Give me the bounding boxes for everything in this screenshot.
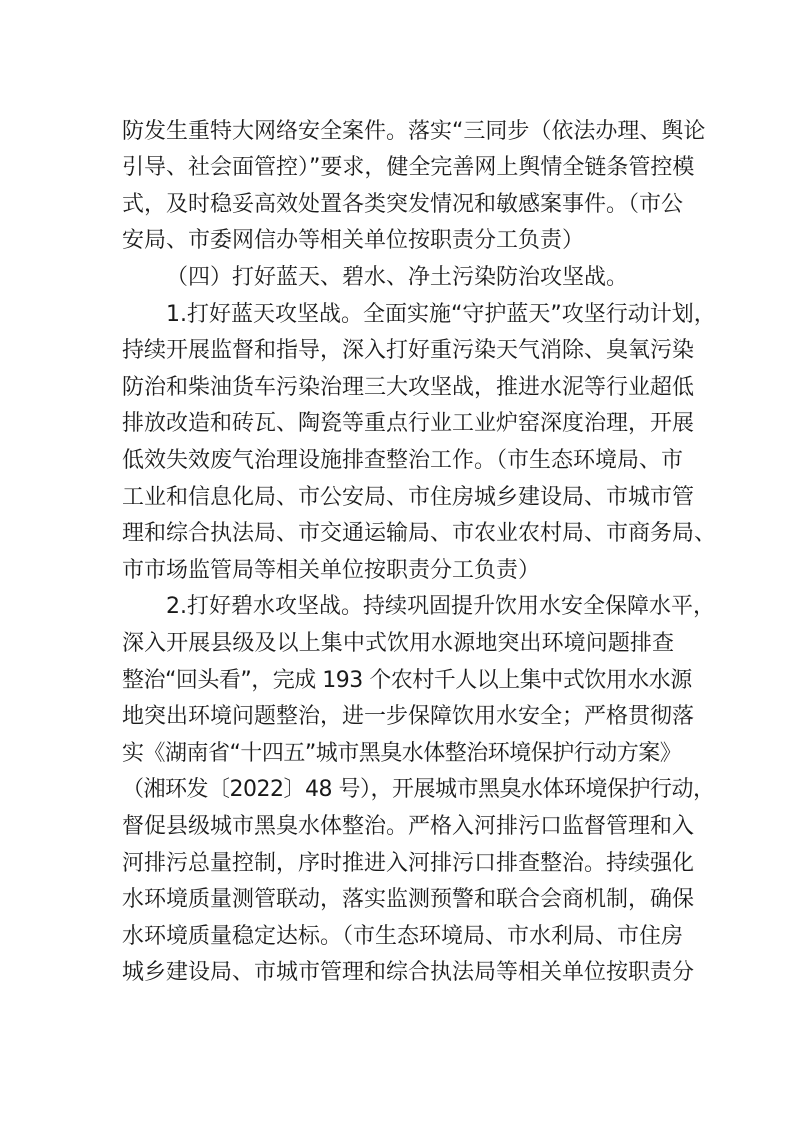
body-text-line: （湘环发〔2022〕48 号），开展城市黑臭水体环境保护行动，	[122, 775, 674, 805]
body-text-line: 排放改造和砖瓦、陶瓷等重点行业工业炉窑深度治理，开展	[122, 409, 674, 439]
paragraph-first-line: 2.打好碧水攻坚战。持续巩固提升饮用水安全保障水平，	[166, 592, 674, 622]
body-text-line: 持续开展监督和指导，深入打好重污染天气消除、臭氧污染	[122, 336, 674, 366]
body-text-line: 防治和柴油货车污染治理三大攻坚战，推进水泥等行业超低	[122, 373, 674, 403]
body-text-line: 整治“回头看”，完成 193 个农村千人以上集中式饮用水水源	[122, 666, 674, 696]
body-text-line: 安局、市委网信办等相关单位按职责分工负责）	[122, 226, 674, 256]
paragraph-first-line: 1.打好蓝天攻坚战。全面实施“守护蓝天”攻坚行动计划，	[166, 300, 674, 330]
body-text-line: 督促县级城市黑臭水体整治。严格入河排污口监督管理和入	[122, 812, 674, 842]
body-text-line: 深入开展县级及以上集中式饮用水源地突出环境问题排查	[122, 629, 674, 659]
body-text-line: 实《湖南省“十四五”城市黑臭水体整治环境保护行动方案》	[122, 739, 674, 769]
body-text-line: 防发生重特大网络安全案件。落实“三同步（依法办理、舆论	[122, 117, 674, 147]
body-text-line: 引导、社会面管控）”要求，健全完善网上舆情全链条管控模	[122, 153, 674, 183]
body-text-line: 理和综合执法局、市交通运输局、市农业农村局、市商务局、	[122, 519, 674, 549]
section-heading: （四）打好蓝天、碧水、净土污染防治攻坚战。	[166, 263, 674, 293]
body-text-line: 市市场监管局等相关单位按职责分工负责）	[122, 556, 674, 586]
body-text-line: 河排污总量控制，序时推进入河排污口排查整治。持续强化	[122, 849, 674, 879]
body-text-line: 低效失效废气治理设施排查整治工作。（市生态环境局、市	[122, 446, 674, 476]
body-text-line: 水环境质量稳定达标。（市生态环境局、市水利局、市住房	[122, 922, 674, 952]
body-text-line: 地突出环境问题整治，进一步保障饮用水安全；严格贯彻落	[122, 702, 674, 732]
body-text-line: 城乡建设局、市城市管理和综合执法局等相关单位按职责分	[122, 958, 674, 988]
body-text-line: 式，及时稳妥高效处置各类突发情况和敏感案事件。（市公	[122, 190, 674, 220]
body-text-line: 工业和信息化局、市公安局、市住房城乡建设局、市城市管	[122, 483, 674, 513]
document-page: 防发生重特大网络安全案件。落实“三同步（依法办理、舆论 引导、社会面管控）”要求…	[0, 0, 793, 1122]
body-text-line: 水环境质量测管联动，落实监测预警和联合会商机制，确保	[122, 885, 674, 915]
